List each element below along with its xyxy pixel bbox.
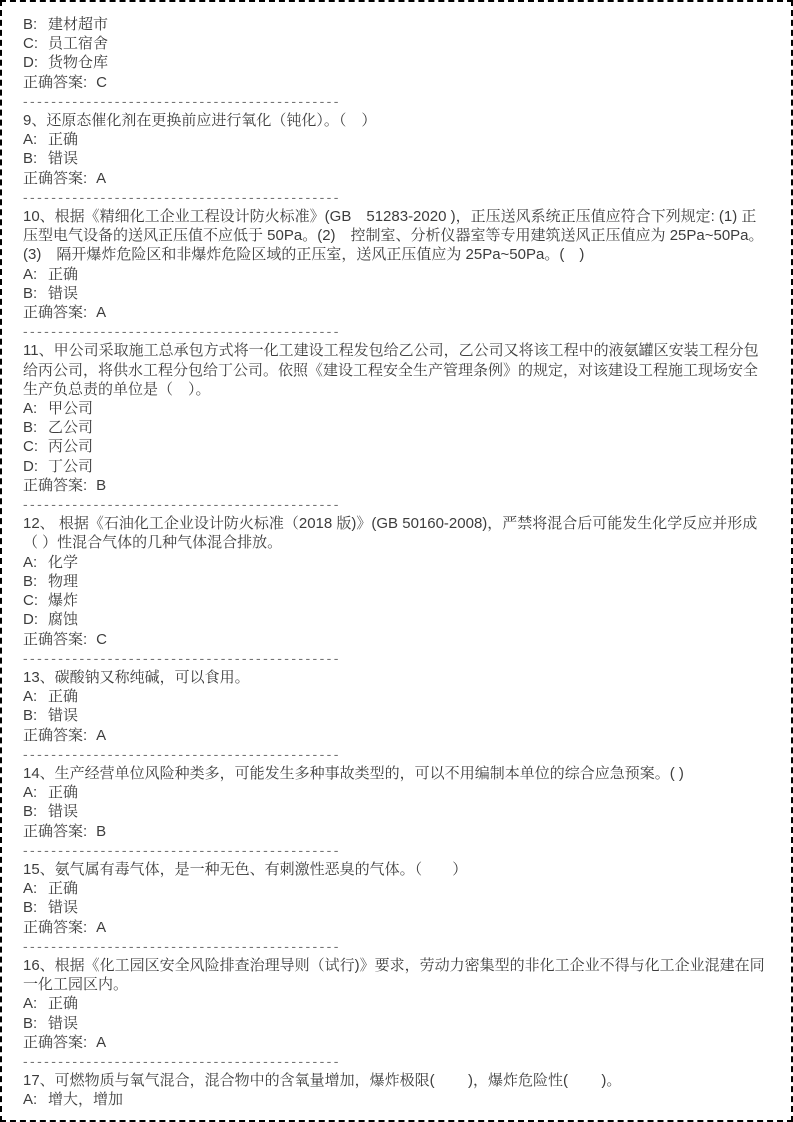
answer-value: C xyxy=(96,74,107,91)
option-label: B: xyxy=(23,1014,48,1033)
option-text: 丙公司 xyxy=(48,438,93,455)
question-block: 15、氨气属有毒气体，是一种无色、有刺激性恶臭的气体。（ ） A:正确 B:错误… xyxy=(23,860,771,937)
section-divider: ----------------------------------------… xyxy=(23,937,771,956)
answer-line: 正确答案:A xyxy=(23,1033,771,1052)
option-label: D: xyxy=(23,610,48,629)
option-text: 物理 xyxy=(48,573,78,590)
option-line: A:正确 xyxy=(23,130,771,149)
answer-value: A xyxy=(96,170,106,187)
question-text: 10、根据《精细化工企业工程设计防火标准》(GB 51283-2020 )，正压… xyxy=(23,207,771,265)
answer-line: 正确答案:B xyxy=(23,476,771,495)
answer-line: 正确答案:C xyxy=(23,630,771,649)
answer-line: 正确答案:A xyxy=(23,169,771,188)
option-label: A: xyxy=(23,399,48,418)
option-label: B: xyxy=(23,572,48,591)
option-text: 爆炸 xyxy=(48,592,78,609)
option-line: B:错误 xyxy=(23,706,771,725)
answer-line: 正确答案:C xyxy=(23,73,771,92)
option-label: C: xyxy=(23,437,48,456)
question-block: 17、可燃物质与氧气混合，混合物中的含氧量增加，爆炸极限( )，爆炸危险性( )… xyxy=(23,1071,771,1109)
option-line: B:建材超市 xyxy=(23,15,771,34)
answer-label: 正确答案: xyxy=(23,170,87,187)
option-line: A:化学 xyxy=(23,553,771,572)
option-label: A: xyxy=(23,1090,48,1109)
option-label: A: xyxy=(23,879,48,898)
option-text: 正确 xyxy=(48,784,78,801)
option-text: 货物仓库 xyxy=(48,54,108,71)
option-label: B: xyxy=(23,898,48,917)
question-block: 9、还原态催化剂在更换前应进行氧化（钝化）。（ ） A:正确 B:错误 正确答案… xyxy=(23,111,771,188)
answer-label: 正确答案: xyxy=(23,304,87,321)
answer-value: C xyxy=(96,631,107,648)
answer-label: 正确答案: xyxy=(23,823,87,840)
option-label: A: xyxy=(23,265,48,284)
question-block: 10、根据《精细化工企业工程设计防火标准》(GB 51283-2020 )，正压… xyxy=(23,207,771,322)
option-label: D: xyxy=(23,457,48,476)
option-label: A: xyxy=(23,783,48,802)
option-line: B:物理 xyxy=(23,572,771,591)
answer-value: A xyxy=(96,727,106,744)
answer-label: 正确答案: xyxy=(23,74,87,91)
section-divider: ----------------------------------------… xyxy=(23,1052,771,1071)
option-line: D:货物仓库 xyxy=(23,53,771,72)
question-text: 11、甲公司采取施工总承包方式将一化工建设工程发包给乙公司，乙公司又将该工程中的… xyxy=(23,341,771,399)
option-text: 甲公司 xyxy=(48,400,93,417)
option-label: B: xyxy=(23,284,48,303)
option-label: D: xyxy=(23,53,48,72)
question-text: 17、可燃物质与氧气混合，混合物中的含氧量增加，爆炸极限( )，爆炸危险性( )… xyxy=(23,1071,771,1090)
answer-label: 正确答案: xyxy=(23,727,87,744)
question-block: B:建材超市 C:员工宿舍 D:货物仓库 正确答案:C xyxy=(23,15,771,92)
option-line: B:错误 xyxy=(23,149,771,168)
question-text: 16、根据《化工园区安全风险排查治理导则（试行)》要求，劳动力密集型的非化工企业… xyxy=(23,956,771,994)
question-text: 14、生产经营单位风险种类多，可能发生多种事故类型的，可以不用编制本单位的综合应… xyxy=(23,764,771,783)
option-label: A: xyxy=(23,687,48,706)
option-label: A: xyxy=(23,130,48,149)
question-block: 13、碳酸钠又称纯碱，可以食用。 A:正确 B:错误 正确答案:A xyxy=(23,668,771,745)
section-divider: ----------------------------------------… xyxy=(23,188,771,207)
section-divider: ----------------------------------------… xyxy=(23,745,771,764)
answer-value: B xyxy=(96,477,106,494)
option-line: B:错误 xyxy=(23,1014,771,1033)
option-line: D:丁公司 xyxy=(23,457,771,476)
option-line: B:错误 xyxy=(23,802,771,821)
section-divider: ----------------------------------------… xyxy=(23,322,771,341)
answer-value: B xyxy=(96,823,106,840)
exam-document-page: B:建材超市 C:员工宿舍 D:货物仓库 正确答案:C ------------… xyxy=(0,0,793,1122)
question-block: 12、 根据《石油化工企业设计防火标准（2018 版)》(GB 50160-20… xyxy=(23,514,771,648)
option-text: 错误 xyxy=(48,707,78,724)
option-line: A:增大，增加 xyxy=(23,1090,771,1109)
answer-line: 正确答案:A xyxy=(23,726,771,745)
option-text: 乙公司 xyxy=(48,419,93,436)
question-block: 16、根据《化工园区安全风险排查治理导则（试行)》要求，劳动力密集型的非化工企业… xyxy=(23,956,771,1052)
option-text: 正确 xyxy=(48,688,78,705)
answer-label: 正确答案: xyxy=(23,919,87,936)
option-line: C:丙公司 xyxy=(23,437,771,456)
question-text: 13、碳酸钠又称纯碱，可以食用。 xyxy=(23,668,771,687)
answer-label: 正确答案: xyxy=(23,477,87,494)
answer-value: A xyxy=(96,919,106,936)
answer-label: 正确答案: xyxy=(23,631,87,648)
option-line: A:正确 xyxy=(23,687,771,706)
option-text: 错误 xyxy=(48,899,78,916)
section-divider: ----------------------------------------… xyxy=(23,841,771,860)
option-line: C:员工宿舍 xyxy=(23,34,771,53)
option-line: A:正确 xyxy=(23,783,771,802)
option-label: C: xyxy=(23,591,48,610)
section-divider: ----------------------------------------… xyxy=(23,495,771,514)
section-divider: ----------------------------------------… xyxy=(23,92,771,111)
question-block: 11、甲公司采取施工总承包方式将一化工建设工程发包给乙公司，乙公司又将该工程中的… xyxy=(23,341,771,495)
option-label: B: xyxy=(23,418,48,437)
option-line: A:正确 xyxy=(23,879,771,898)
option-text: 错误 xyxy=(48,150,78,167)
option-label: B: xyxy=(23,149,48,168)
option-label: B: xyxy=(23,15,48,34)
option-line: B:错误 xyxy=(23,284,771,303)
option-label: B: xyxy=(23,706,48,725)
option-line: A:正确 xyxy=(23,994,771,1013)
option-line: C:爆炸 xyxy=(23,591,771,610)
option-text: 错误 xyxy=(48,803,78,820)
option-text: 丁公司 xyxy=(48,458,93,475)
answer-value: A xyxy=(96,304,106,321)
section-divider: ----------------------------------------… xyxy=(23,649,771,668)
option-text: 建材超市 xyxy=(48,16,108,33)
question-text: 15、氨气属有毒气体，是一种无色、有刺激性恶臭的气体。（ ） xyxy=(23,860,771,879)
answer-line: 正确答案:A xyxy=(23,918,771,937)
question-block: 14、生产经营单位风险种类多，可能发生多种事故类型的，可以不用编制本单位的综合应… xyxy=(23,764,771,841)
option-label: B: xyxy=(23,802,48,821)
option-label: A: xyxy=(23,994,48,1013)
option-line: D:腐蚀 xyxy=(23,610,771,629)
option-text: 员工宿舍 xyxy=(48,35,108,52)
answer-line: 正确答案:A xyxy=(23,303,771,322)
option-line: A:正确 xyxy=(23,265,771,284)
option-text: 腐蚀 xyxy=(48,611,78,628)
option-line: B:错误 xyxy=(23,898,771,917)
option-text: 增大，增加 xyxy=(48,1091,123,1108)
option-label: C: xyxy=(23,34,48,53)
option-text: 正确 xyxy=(48,880,78,897)
answer-value: A xyxy=(96,1034,106,1051)
option-line: B:乙公司 xyxy=(23,418,771,437)
option-text: 正确 xyxy=(48,995,78,1012)
option-label: A: xyxy=(23,553,48,572)
option-text: 化学 xyxy=(48,554,78,571)
option-text: 错误 xyxy=(48,1015,78,1032)
option-text: 正确 xyxy=(48,131,78,148)
question-text: 9、还原态催化剂在更换前应进行氧化（钝化）。（ ） xyxy=(23,111,771,130)
option-text: 错误 xyxy=(48,285,78,302)
option-line: A:甲公司 xyxy=(23,399,771,418)
question-text: 12、 根据《石油化工企业设计防火标准（2018 版)》(GB 50160-20… xyxy=(23,514,771,552)
answer-label: 正确答案: xyxy=(23,1034,87,1051)
answer-line: 正确答案:B xyxy=(23,822,771,841)
option-text: 正确 xyxy=(48,266,78,283)
